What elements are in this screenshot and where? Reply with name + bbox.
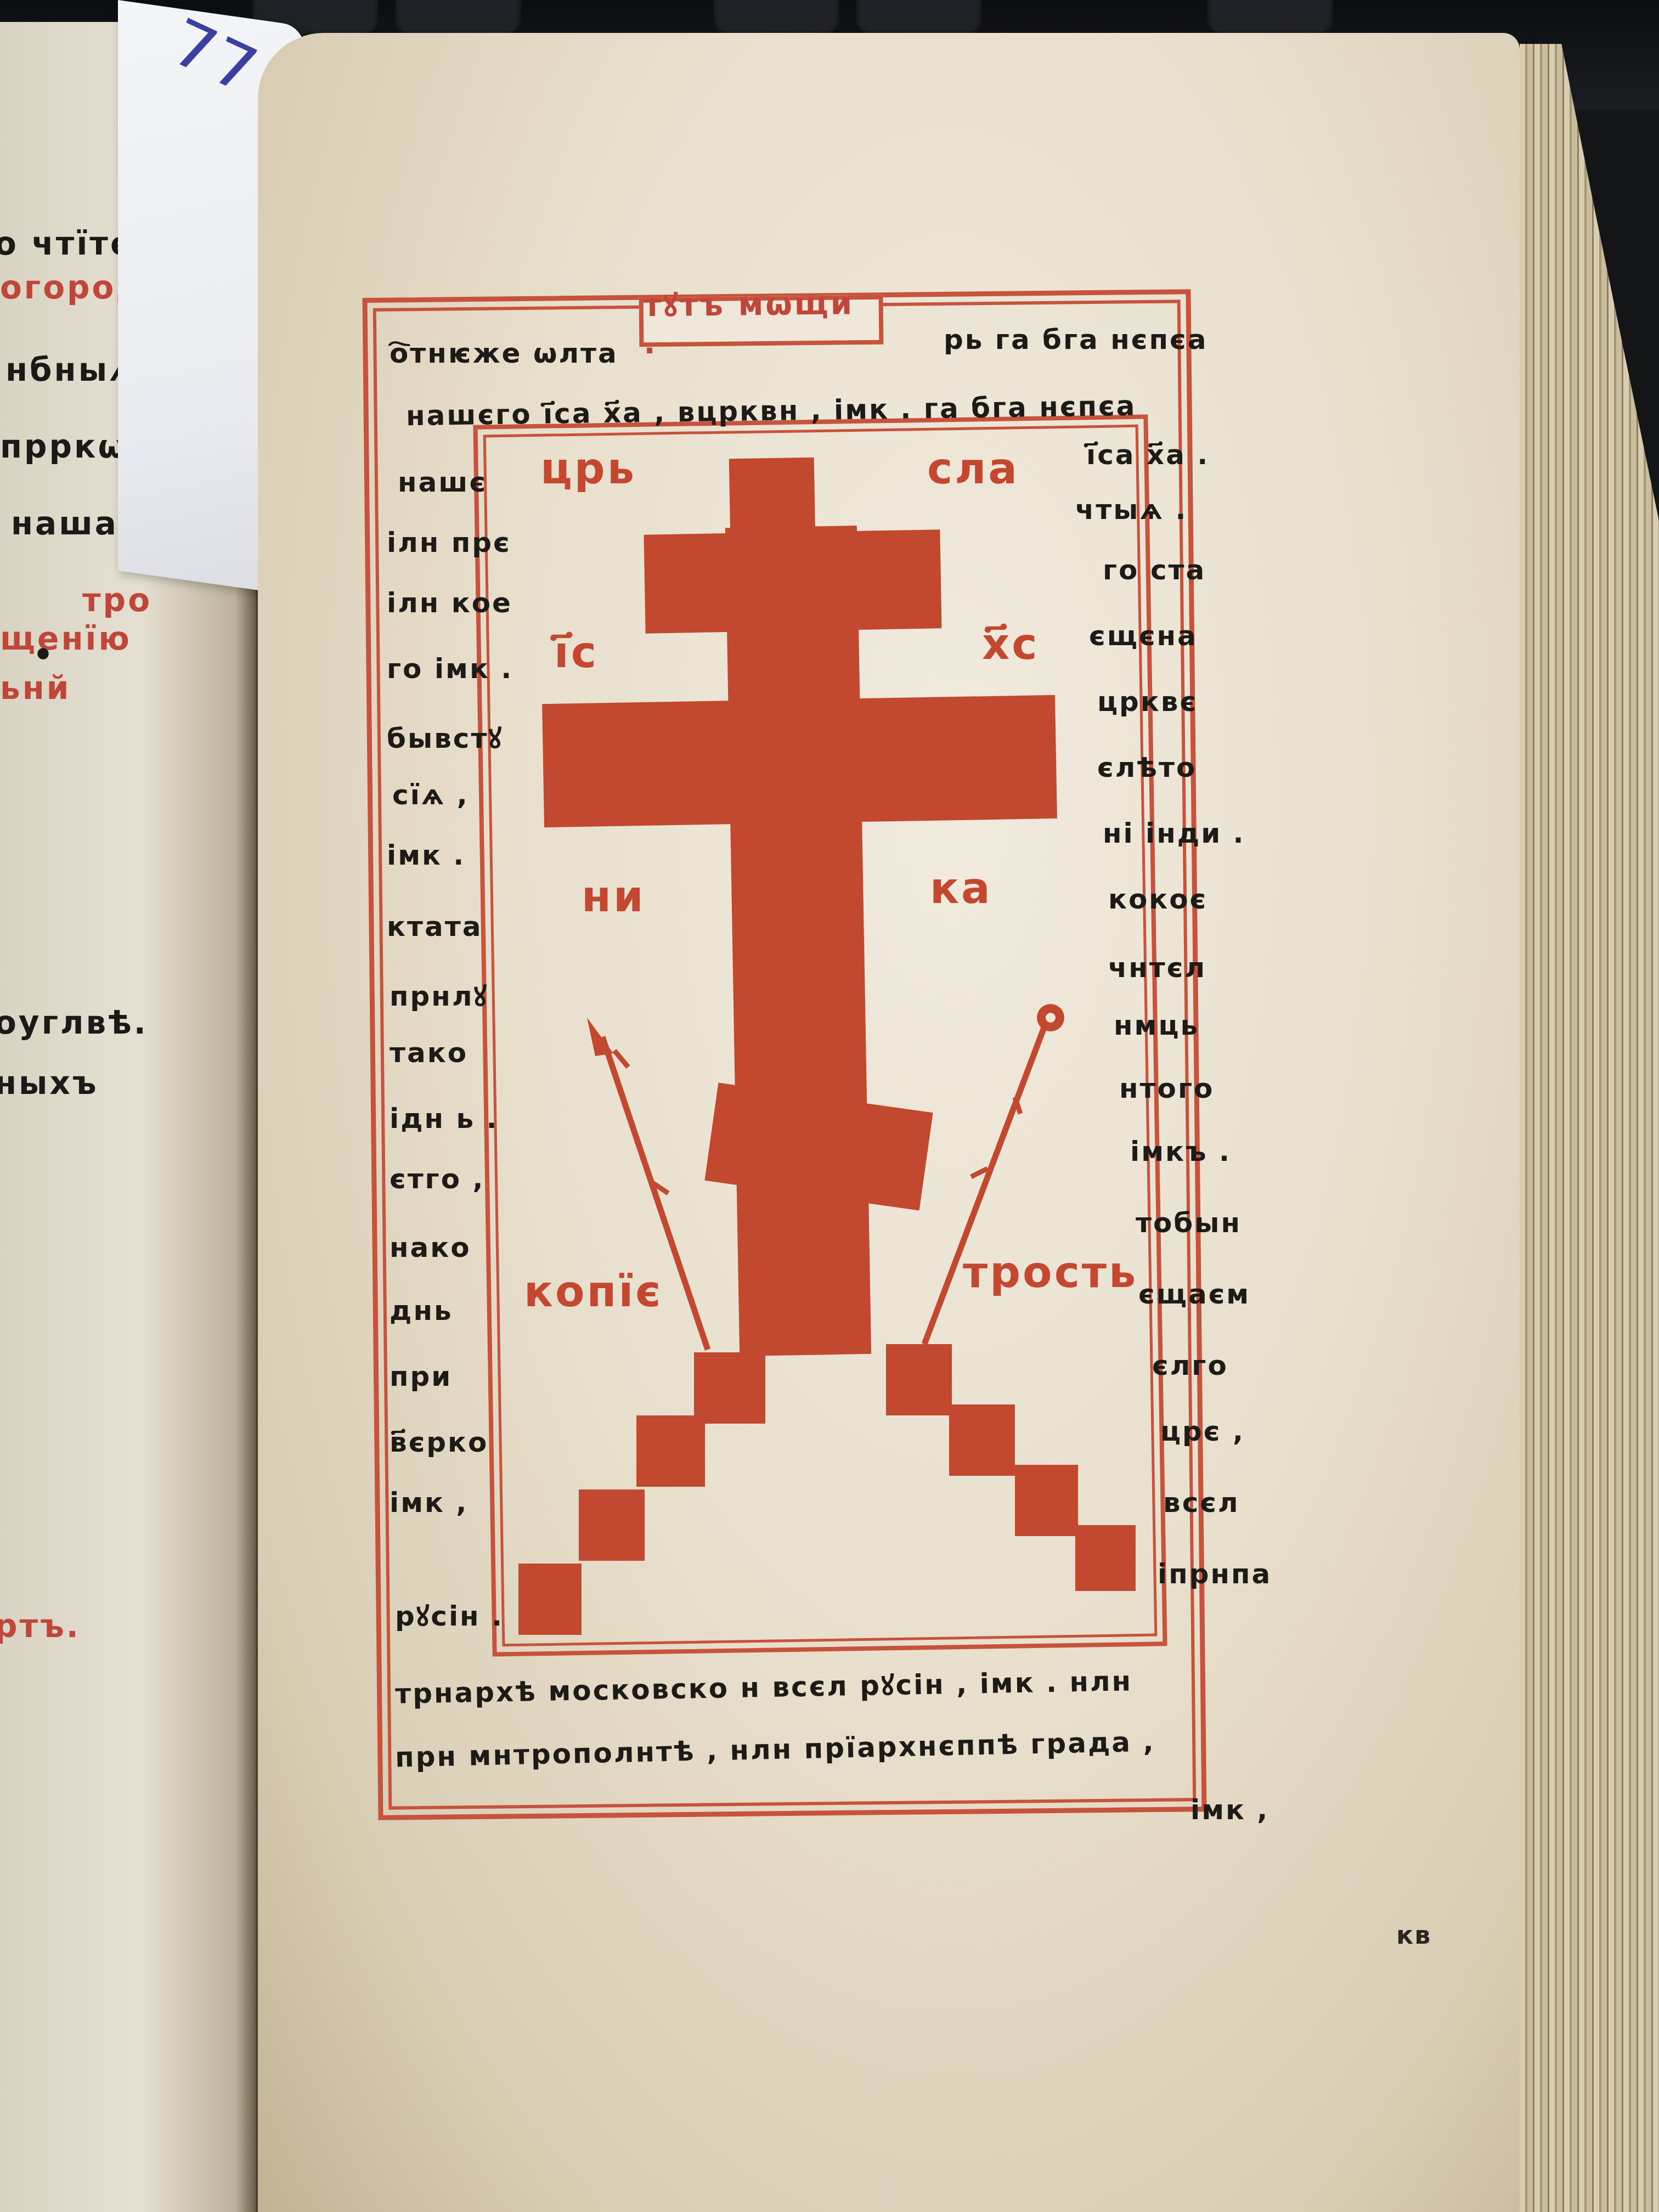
- label-spear: копїє: [524, 1267, 663, 1317]
- spear-and-reed: [0, 0, 1659, 2212]
- label-ka: ка: [930, 864, 992, 913]
- label-glory: сла: [927, 444, 1019, 494]
- label-jesus: і҃с: [554, 628, 599, 678]
- page-number: кв: [1396, 1920, 1431, 1950]
- label-king: црь: [540, 444, 636, 494]
- label-christ: х҃с: [982, 620, 1040, 669]
- label-ni: ни: [582, 872, 646, 922]
- label-reed: трость: [963, 1248, 1138, 1297]
